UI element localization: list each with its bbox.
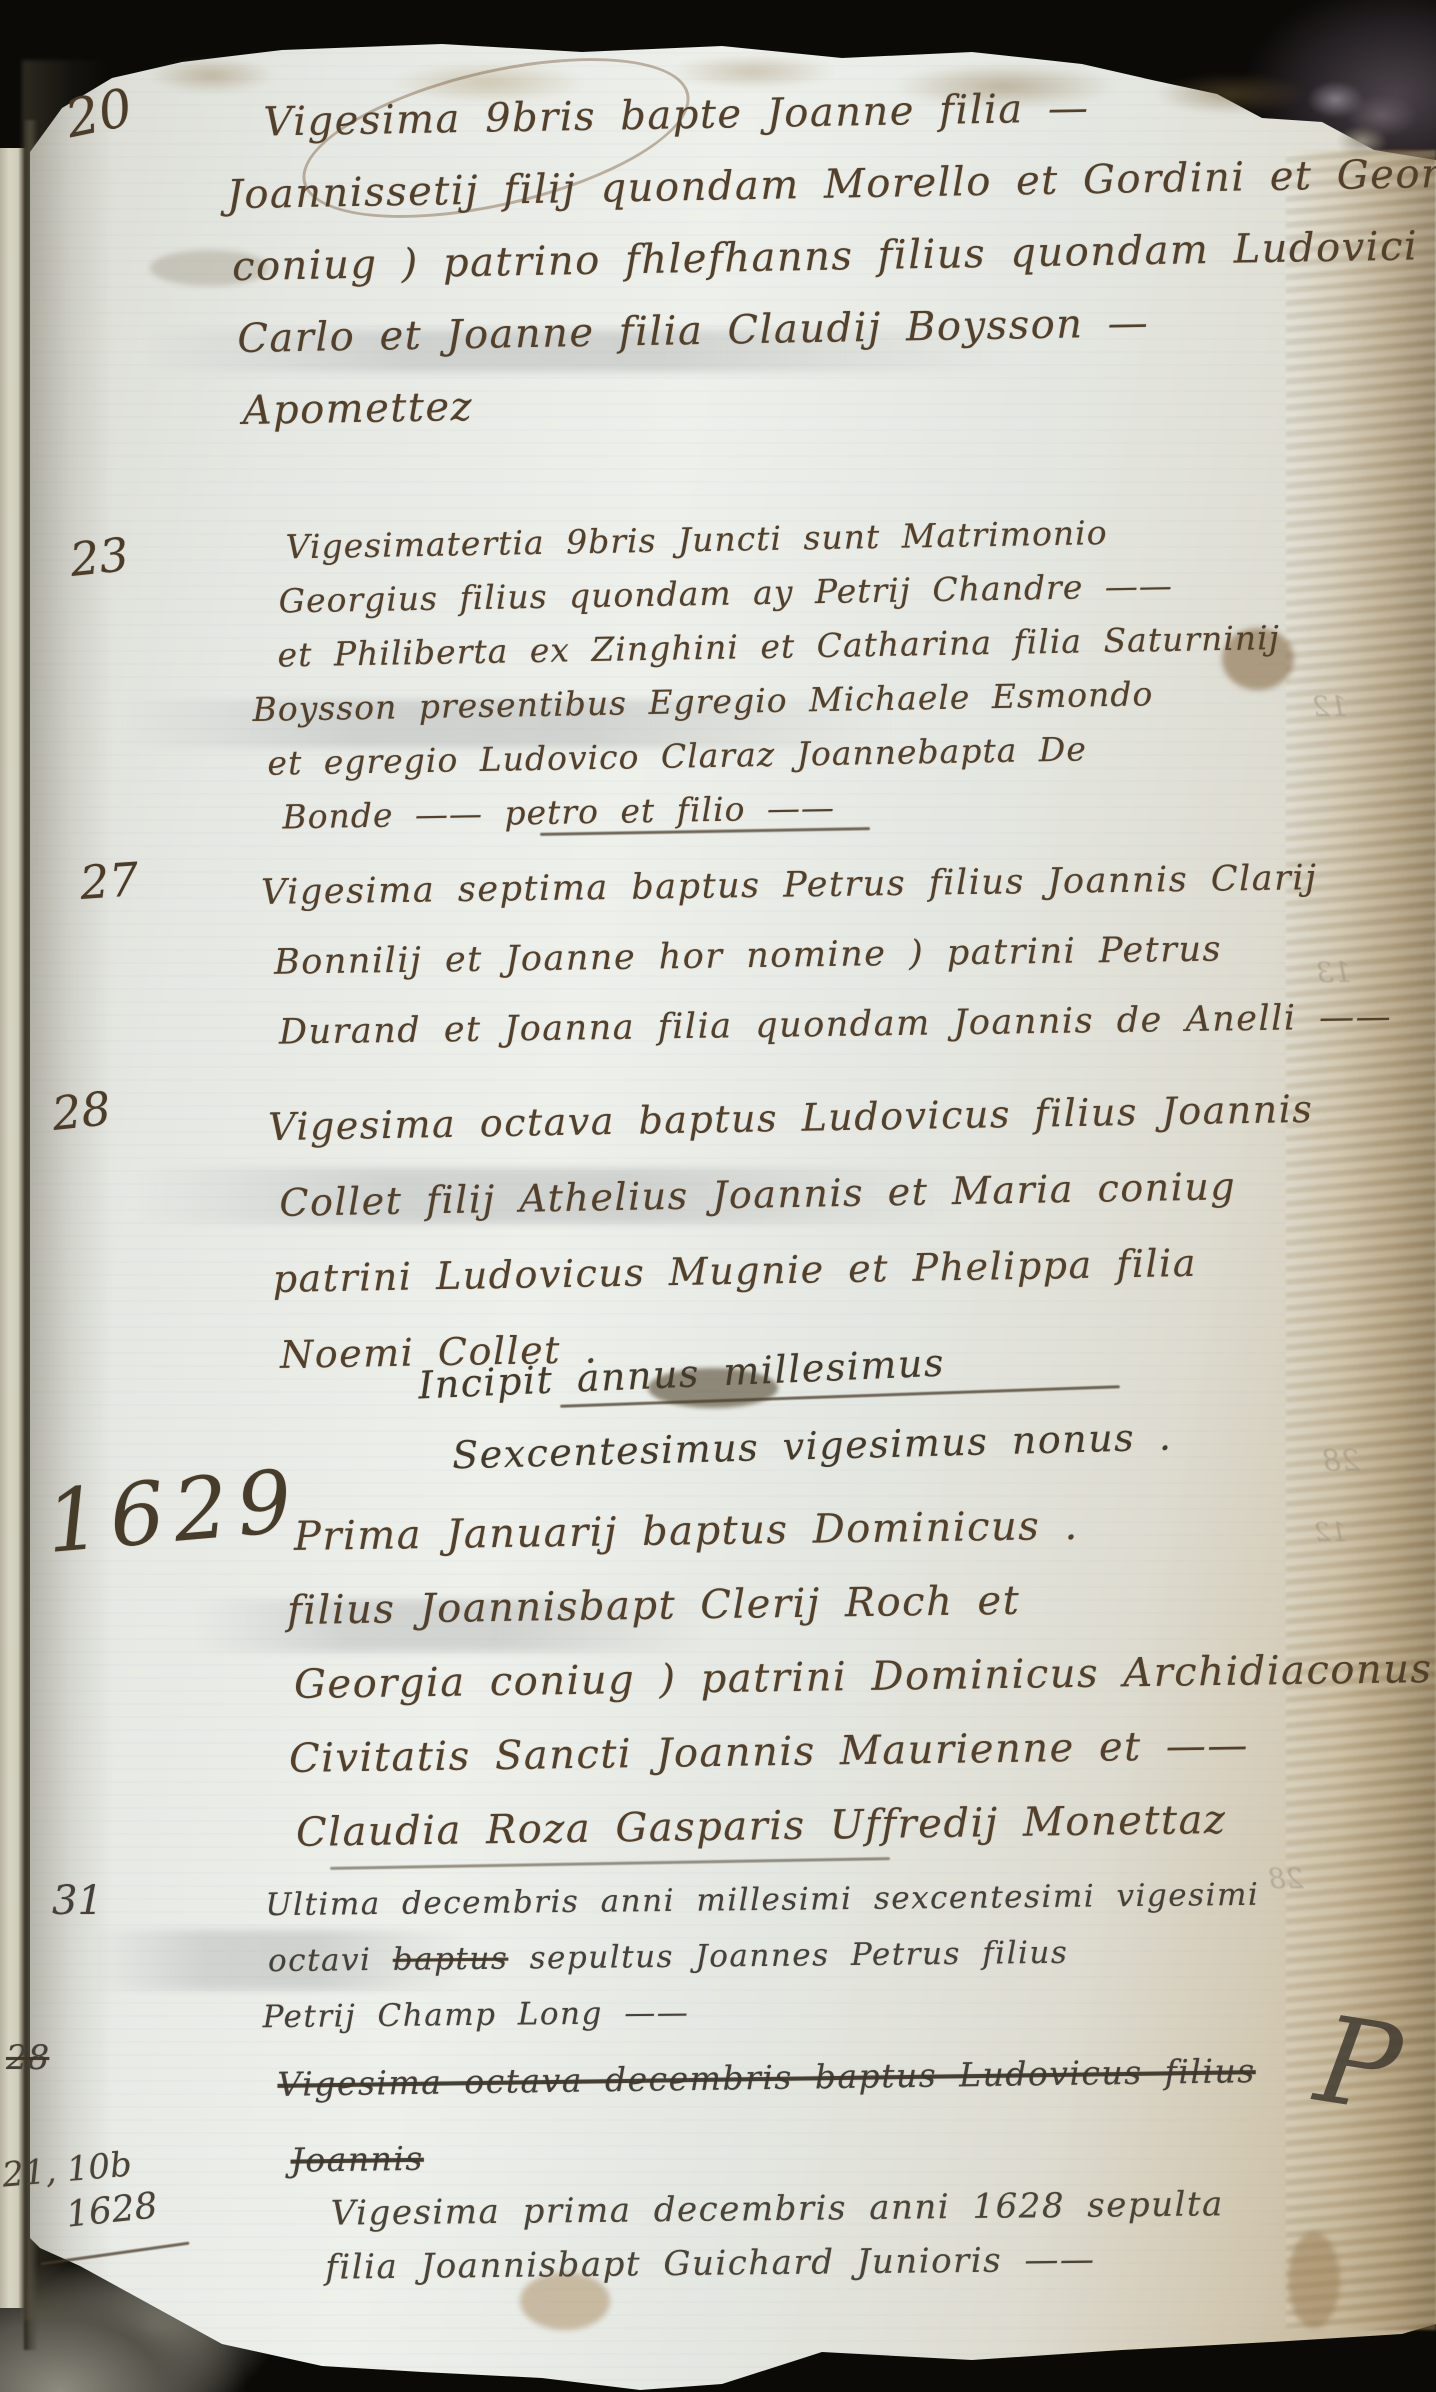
margin-day-28-cancelled: 28 (6, 2038, 49, 2078)
show-through-numeral: 12 (1312, 690, 1348, 723)
entry-line-struck: Vigesima octava decembris baptus Ludovic… (277, 2033, 1256, 2123)
entry-line-part: sepultus Joannes Petrus filius (529, 1935, 1068, 1977)
paper-stain (1288, 2232, 1340, 2328)
entry-line: filia Joannisbapt Guichard Junioris —— (325, 2231, 1225, 2294)
entry-baptism-jan1-1629: Prima Januarij baptus Dominicus . filius… (285, 1484, 1435, 1870)
margin-day-31: 31 (52, 1878, 103, 1924)
entry-baptism-nov28: Vigesima octava baptus Ludovicus filius … (259, 1071, 1318, 1393)
show-through-numeral: 28 (1268, 1862, 1304, 1895)
entry-cancelled: Vigesima octava decembris baptus Ludovic… (277, 2033, 1257, 2199)
margin-day-23: 23 (67, 527, 131, 587)
entry-burial-dec31: Ultima decembris anni millesimi sexcente… (257, 1867, 1261, 2045)
entry-line: octavi baptus sepultus Joannes Petrus fi… (268, 1923, 1260, 1989)
show-through-numeral: 28 (1322, 1444, 1360, 1479)
show-through-numeral: 13 (1316, 956, 1352, 989)
entry-baptism-nov20: Vigesima 9bris bapte Joanne filia — Joan… (225, 65, 1436, 447)
entry-line: Ultima decembris anni millesimi sexcente… (265, 1867, 1259, 1933)
manuscript-photo: 20 23 27 28 1629 31 28 21, 10b 1628 Vige… (0, 0, 1436, 2392)
struck-word: baptus (393, 1941, 509, 1978)
margin-day-28: 28 (49, 1081, 113, 1141)
entry-marriage-nov23: Vigesimatertia 9bris Juncti sunt Matrimo… (249, 503, 1283, 845)
margin-day-27: 27 (78, 852, 140, 910)
entry-line-part: octavi (268, 1942, 372, 1979)
entry-baptism-nov27: Vigesima septima baptus Petrus filius Jo… (261, 842, 1393, 1068)
entry-burial-dec21-1628: Vigesima prima decembris anni 1628 sepul… (324, 2177, 1224, 2294)
show-through-numeral: 12 (1314, 1518, 1347, 1548)
entry-line: Vigesima prima decembris anni 1628 sepul… (330, 2177, 1224, 2240)
